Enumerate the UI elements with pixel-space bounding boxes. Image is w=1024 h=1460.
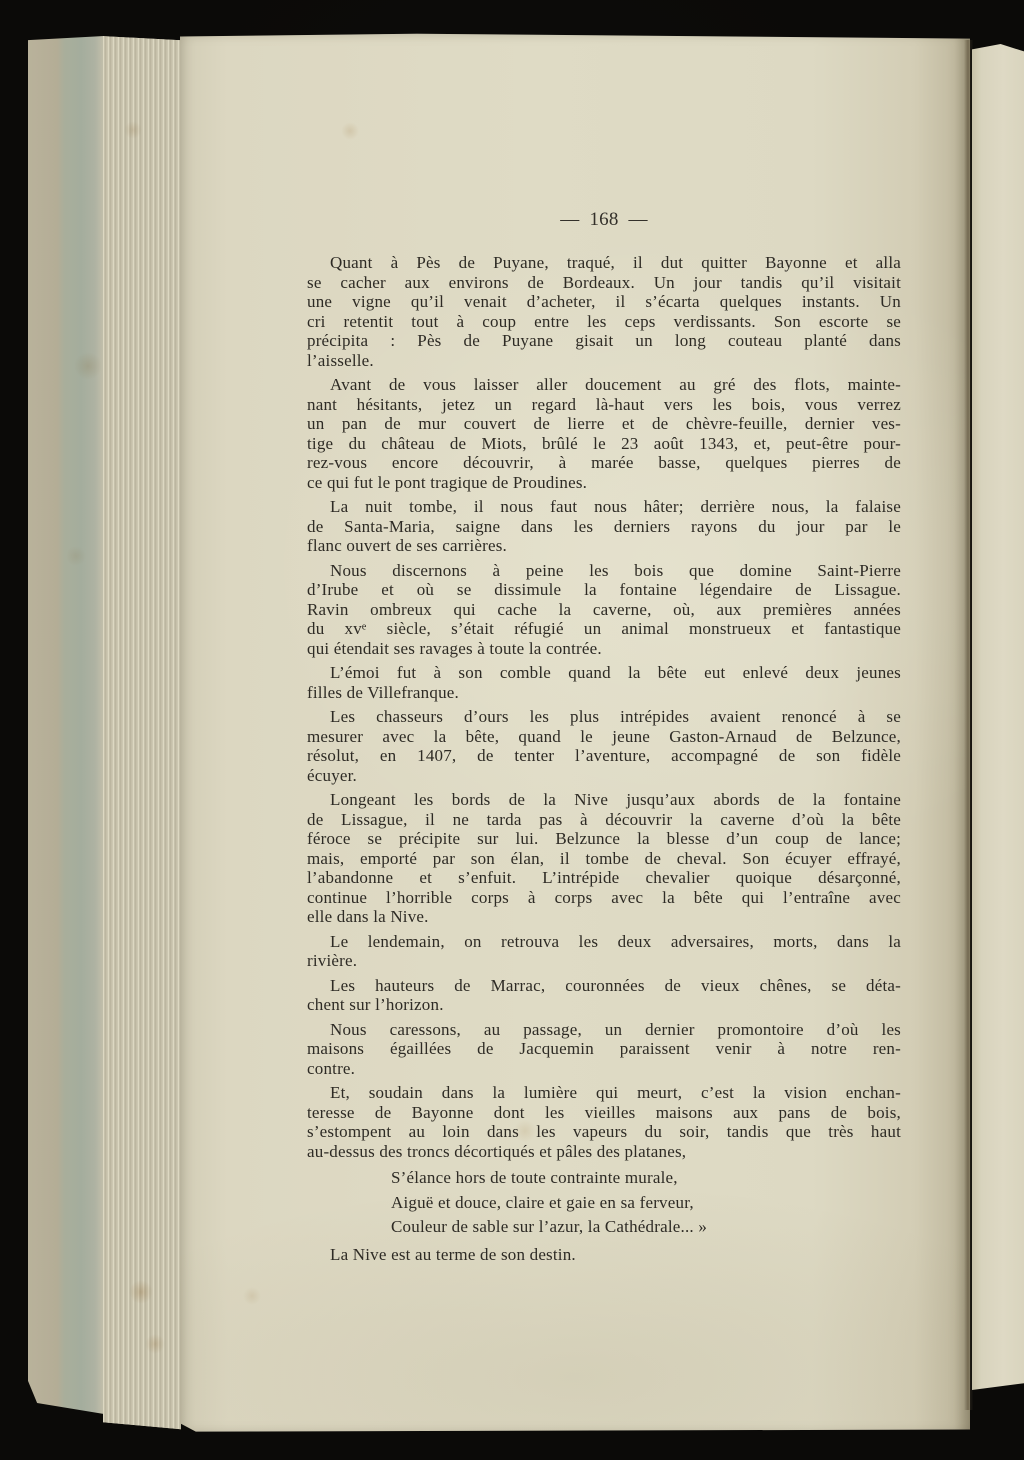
text-line: filles de Villefranque. [307,683,901,703]
text-line: féroce se précipite sur lui. Belzunce la… [307,829,901,849]
paragraph: Avant de vous laisser aller doucement au… [307,375,901,492]
book-page: —168— Quant à Pès de Puyane, traqué, il … [180,33,970,1433]
text-line: de Lissague, il ne tarda pas à découvrir… [307,810,901,830]
text-line: L’émoi fut à son comble quand la bête eu… [307,663,901,683]
text-line: un pan de mur couvert de lierre et de ch… [307,414,901,434]
text-line: Aiguë et douce, claire et gaie en sa fer… [391,1191,901,1216]
paragraph: Le lendemain, on retrouva les deux adver… [307,932,901,971]
paragraph: Et, soudain dans la lumière qui meurt, c… [307,1083,901,1161]
text-line: Couleur de sable sur l’azur, la Cathédra… [391,1215,901,1240]
text-line: mesurer avec la bête, quand le jeune Gas… [307,727,901,747]
text-line: La Nive est au terme de son destin. [307,1245,901,1265]
paragraph: Les hauteurs de Marrac, couronnées de vi… [307,976,901,1015]
paragraph: L’émoi fut à son comble quand la bête eu… [307,663,901,702]
text-line: Le lendemain, on retrouva les deux adver… [307,932,901,952]
paragraph: La Nive est au terme de son destin. [307,1245,901,1265]
page-number: 168 [589,209,618,230]
paragraph: Les chasseurs d’ours les plus intrépides… [307,707,901,785]
text-line: Et, soudain dans la lumière qui meurt, c… [307,1083,901,1103]
text-line: cri retentit tout à coup entre les ceps … [307,312,901,332]
text-line: elle dans la Nive. [307,907,901,927]
text-line: du xvᵉ siècle, s’était réfugié un animal… [307,619,901,639]
text-line: nant hésitants, jetez un regard là-haut … [307,395,901,415]
text-line: rez-vous encore découvrir, à marée basse… [307,453,901,473]
text-body: Quant à Pès de Puyane, traqué, il dut qu… [307,253,901,1264]
paragraph: La nuit tombe, il nous faut nous hâter; … [307,497,901,556]
book-scan: —168— Quant à Pès de Puyane, traqué, il … [0,0,1024,1460]
text-line: se cacher aux environs de Bordeaux. Un j… [307,273,901,293]
text-line: maisons égaillées de Jacquemin paraissen… [307,1039,901,1059]
page-header: —168— [307,208,901,232]
paragraph: Quant à Pès de Puyane, traqué, il dut qu… [307,253,901,370]
header-right-dash: — [619,209,658,230]
text-line: ce qui fut le pont tragique de Proudines… [307,473,901,493]
text-line: chent sur l’horizon. [307,995,901,1015]
text-line: contre. [307,1059,901,1079]
facing-leaf-edge [972,44,1024,1390]
text-line: au-dessus des troncs décortiqués et pâle… [307,1142,901,1162]
text-line: d’Irube et où se dissimule la fontaine l… [307,580,901,600]
text-line: teresse de Bayonne dont les vieilles mai… [307,1103,901,1123]
paragraph: Longeant les bords de la Nive jusqu’aux … [307,790,901,927]
page-edges-stack [103,34,181,1432]
paragraph: Nous caressons, au passage, un dernier p… [307,1020,901,1079]
text-line: S’élance hors de toute contrainte murale… [391,1166,901,1191]
text-line: une vigne qu’il venait d’acheter, il s’é… [307,292,901,312]
text-line: de Santa-Maria, saigne dans les derniers… [307,517,901,537]
text-line: tige du château de Miots, brûlé le 23 ao… [307,434,901,454]
text-line: Ravin ombreux qui cache la caverne, où, … [307,600,901,620]
text-line: Longeant les bords de la Nive jusqu’aux … [307,790,901,810]
text-line: Nous discernons à peine les bois que dom… [307,561,901,581]
text-line: mais, emporté par son élan, il tombe de … [307,849,901,869]
text-line: précipita : Pès de Puyane gisait un long… [307,331,901,351]
text-line: continue l’horrible corps à corps avec l… [307,888,901,908]
text-line: Avant de vous laisser aller doucement au… [307,375,901,395]
book-cover-edge [28,36,104,1414]
text-line: résolut, en 1407, de tenter l’aventure, … [307,746,901,766]
text-line: Nous caressons, au passage, un dernier p… [307,1020,901,1040]
verse-paragraph: S’élance hors de toute contrainte murale… [391,1166,901,1240]
gutter-fold [964,40,973,1410]
text-line: Les chasseurs d’ours les plus intrépides… [307,707,901,727]
text-line: flanc ouvert de ses carrières. [307,536,901,556]
header-left-dash: — [550,209,589,230]
text-line: l’aisselle. [307,351,901,371]
text-line: Les hauteurs de Marrac, couronnées de vi… [307,976,901,996]
text-line: rivière. [307,951,901,971]
paragraph: Nous discernons à peine les bois que dom… [307,561,901,659]
text-line: Quant à Pès de Puyane, traqué, il dut qu… [307,253,901,273]
text-line: s’estompent au loin dans les vapeurs du … [307,1122,901,1142]
text-line: qui étendait ses ravages à toute la cont… [307,639,901,659]
text-line: écuyer. [307,766,901,786]
page-text-block: —168— Quant à Pès de Puyane, traqué, il … [307,208,901,1264]
text-line: La nuit tombe, il nous faut nous hâter; … [307,497,901,517]
text-line: l’abandonne et s’enfuit. L’intrépide che… [307,868,901,888]
